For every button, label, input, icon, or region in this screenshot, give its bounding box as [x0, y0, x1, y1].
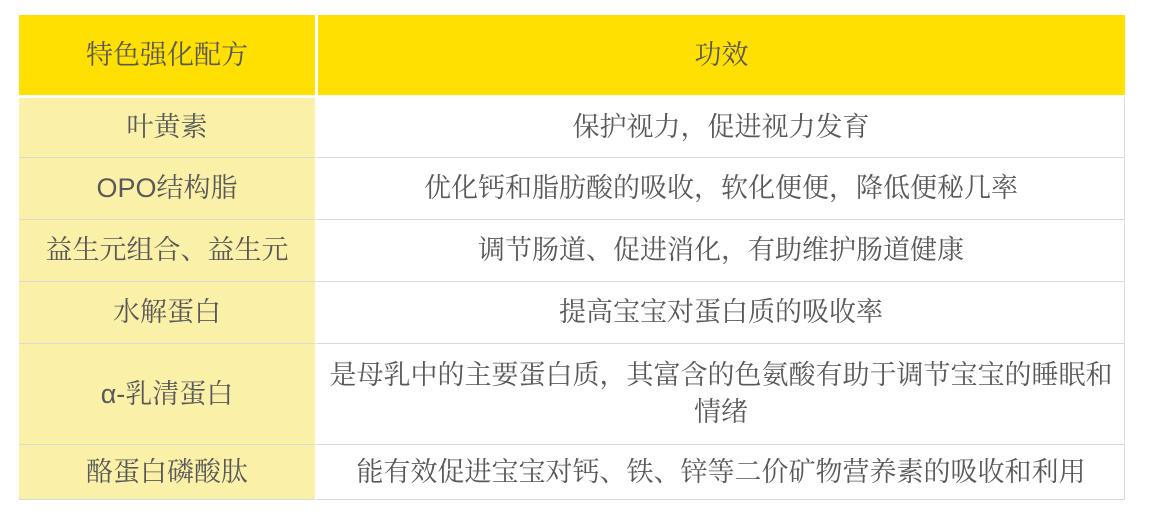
table: 特色强化配方 功效 叶黄素 保护视力，促进视力发育 OPO结构脂 优化钙和脂肪酸…	[19, 15, 1125, 500]
formula-cell: α-乳清蛋白	[19, 343, 315, 444]
table-row: 水解蛋白 提高宝宝对蛋白质的吸收率	[19, 281, 1125, 343]
effect-cell: 保护视力，促进视力发育	[315, 95, 1125, 157]
header-cell-effect: 功效	[315, 15, 1125, 95]
effect-cell: 提高宝宝对蛋白质的吸收率	[315, 281, 1125, 343]
table-row: 益生元组合、益生元 调节肠道、促进消化，有助维护肠道健康	[19, 219, 1125, 281]
effect-cell: 调节肠道、促进消化，有助维护肠道健康	[315, 219, 1125, 281]
formula-cell: OPO结构脂	[19, 157, 315, 219]
table-row: α-乳清蛋白 是母乳中的主要蛋白质，其富含的色氨酸有助于调节宝宝的睡眠和情绪	[19, 343, 1125, 444]
header-cell-formula: 特色强化配方	[19, 15, 315, 95]
formula-cell: 益生元组合、益生元	[19, 219, 315, 281]
formula-cell: 水解蛋白	[19, 281, 315, 343]
formula-benefits-table: 特色强化配方 功效 叶黄素 保护视力，促进视力发育 OPO结构脂 优化钙和脂肪酸…	[19, 15, 1125, 500]
table-row: 叶黄素 保护视力，促进视力发育	[19, 95, 1125, 157]
effect-cell: 优化钙和脂肪酸的吸收，软化便便，降低便秘几率	[315, 157, 1125, 219]
table-row: OPO结构脂 优化钙和脂肪酸的吸收，软化便便，降低便秘几率	[19, 157, 1125, 219]
effect-cell: 是母乳中的主要蛋白质，其富含的色氨酸有助于调节宝宝的睡眠和情绪	[315, 343, 1125, 444]
effect-cell: 能有效促进宝宝对钙、铁、锌等二价矿物营养素的吸收和利用	[315, 444, 1125, 500]
formula-cell: 叶黄素	[19, 95, 315, 157]
table-header-row: 特色强化配方 功效	[19, 15, 1125, 95]
table-row: 酪蛋白磷酸肽 能有效促进宝宝对钙、铁、锌等二价矿物营养素的吸收和利用	[19, 444, 1125, 500]
formula-cell: 酪蛋白磷酸肽	[19, 444, 315, 500]
